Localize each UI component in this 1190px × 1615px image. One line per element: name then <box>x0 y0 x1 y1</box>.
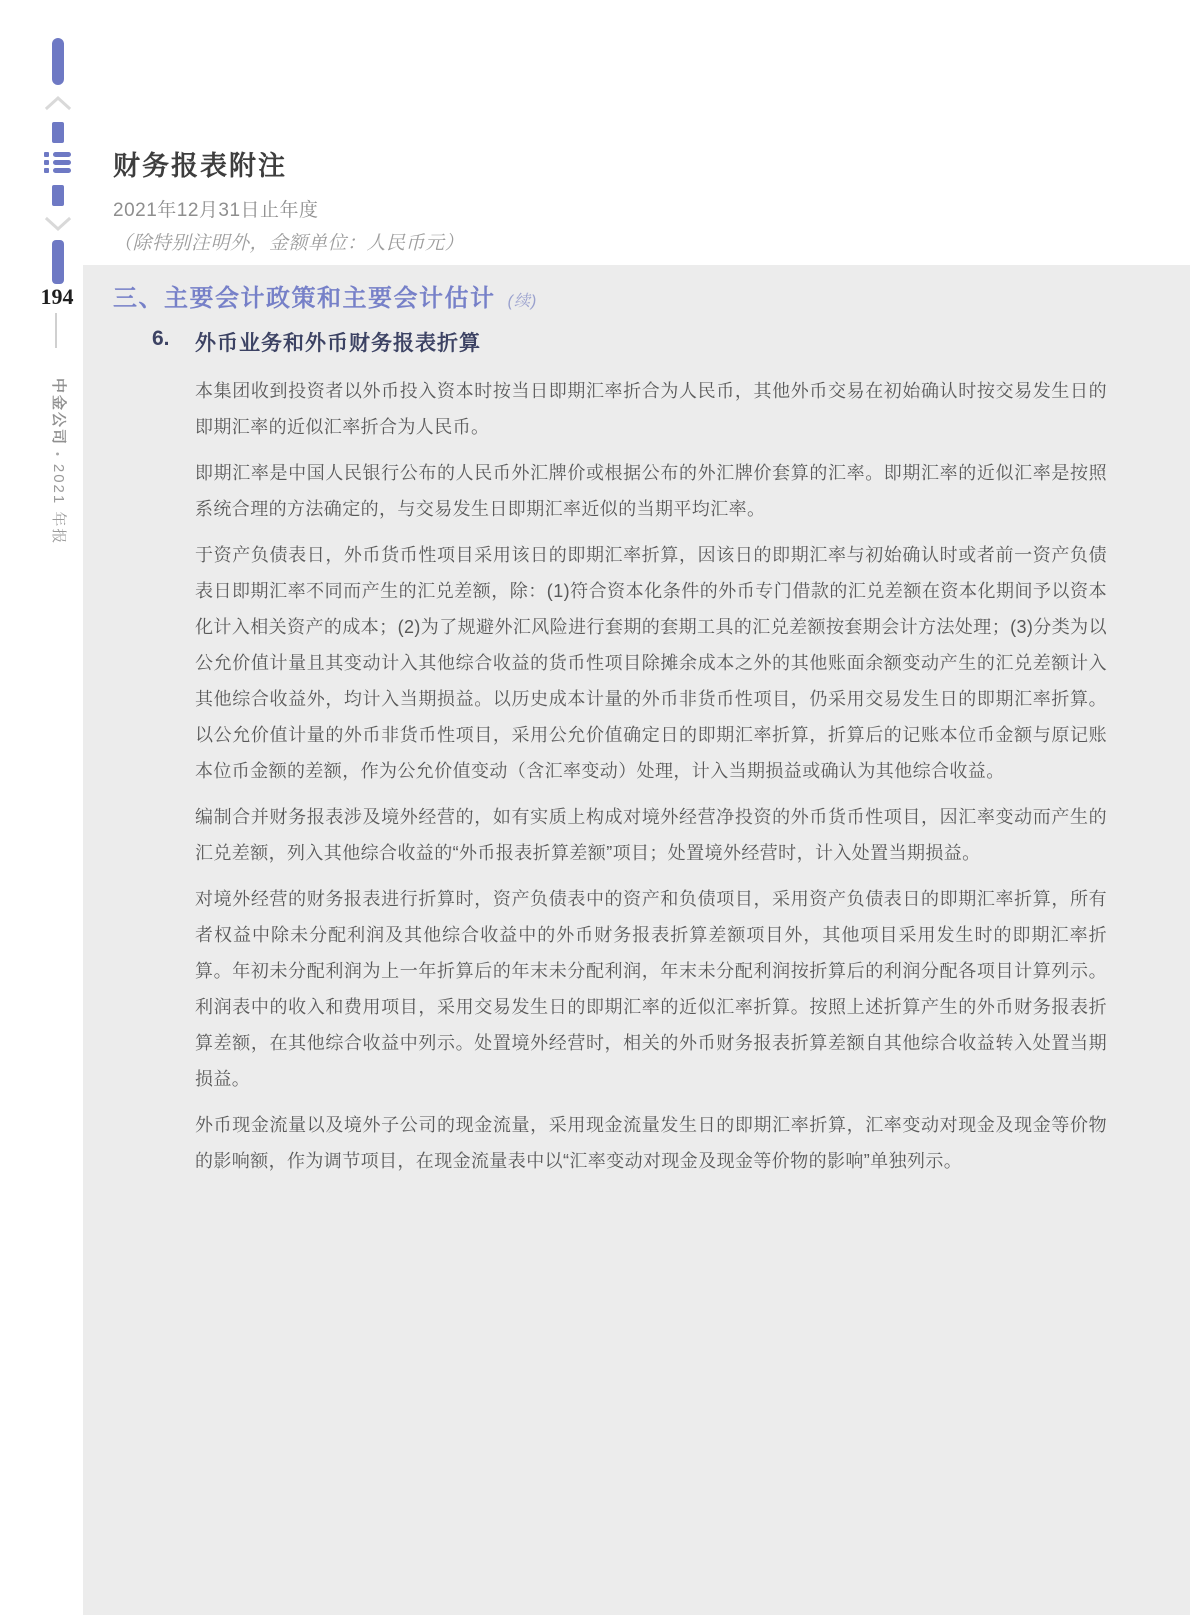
paragraph: 外币现金流量以及境外子公司的现金流量，采用现金流量发生日的即期汇率折算，汇率变动… <box>195 1107 1107 1179</box>
brand-year: 2021 年报 <box>50 464 67 546</box>
brand-separator-dot: • <box>51 452 63 458</box>
document-unit-note: （除特别注明外，金额单位：人民币元） <box>113 228 464 255</box>
subsection-heading: 6. 外币业务和外币财务报表折算 <box>152 327 1190 357</box>
section-continued-label: (续) <box>508 293 538 310</box>
decor-block-upper <box>52 122 64 143</box>
chevron-up-icon[interactable] <box>45 94 71 111</box>
chevron-down-icon[interactable] <box>45 216 71 233</box>
page-number: 194 <box>32 284 82 310</box>
decor-bar-bottom <box>52 240 64 284</box>
body-text-block: 本集团收到投资者以外币投入资本时按当日即期汇率折合为人民币，其他外币交易在初始确… <box>195 373 1107 1179</box>
section-heading-text: 三、主要会计政策和主要会计估计 <box>113 285 496 312</box>
paragraph: 于资产负债表日，外币货币性项目采用该日的即期汇率折算，因该日的即期汇率与初始确认… <box>195 537 1107 789</box>
list-icon-row <box>44 152 71 157</box>
section-heading: 三、主要会计政策和主要会计估计 (续) <box>113 278 1190 313</box>
list-icon[interactable] <box>44 152 71 173</box>
subsection-title: 外币业务和外币财务报表折算 <box>195 327 481 357</box>
subsection-number: 6. <box>152 327 195 357</box>
paragraph: 本集团收到投资者以外币投入资本时按当日即期汇率折合为人民币，其他外币交易在初始确… <box>195 373 1107 445</box>
decor-bar-top <box>52 38 64 85</box>
page-number-divider <box>55 313 57 348</box>
vertical-brand-text: 中金公司•2021 年报 <box>49 378 70 545</box>
list-icon-row <box>44 168 71 173</box>
paragraph: 即期汇率是中国人民银行公布的人民币外汇牌价或根据公布的外汇牌价套算的汇率。即期汇… <box>195 455 1107 527</box>
list-icon-row <box>44 160 71 165</box>
paragraph: 编制合并财务报表涉及境外经营的，如有实质上构成对境外经营净投资的外币货币性项目，… <box>195 799 1107 871</box>
document-title: 财务报表附注 <box>113 144 464 183</box>
content-panel: 三、主要会计政策和主要会计估计 (续) 6. 外币业务和外币财务报表折算 本集团… <box>83 265 1190 1615</box>
paragraph: 对境外经营的财务报表进行折算时，资产负债表中的资产和负债项目，采用资产负债表日的… <box>195 881 1107 1097</box>
document-subtitle: 2021年12月31日止年度 <box>113 195 464 222</box>
decor-block-lower <box>52 185 64 206</box>
document-header: 财务报表附注 2021年12月31日止年度 （除特别注明外，金额单位：人民币元） <box>113 144 464 255</box>
brand-company: 中金公司 <box>50 378 67 446</box>
